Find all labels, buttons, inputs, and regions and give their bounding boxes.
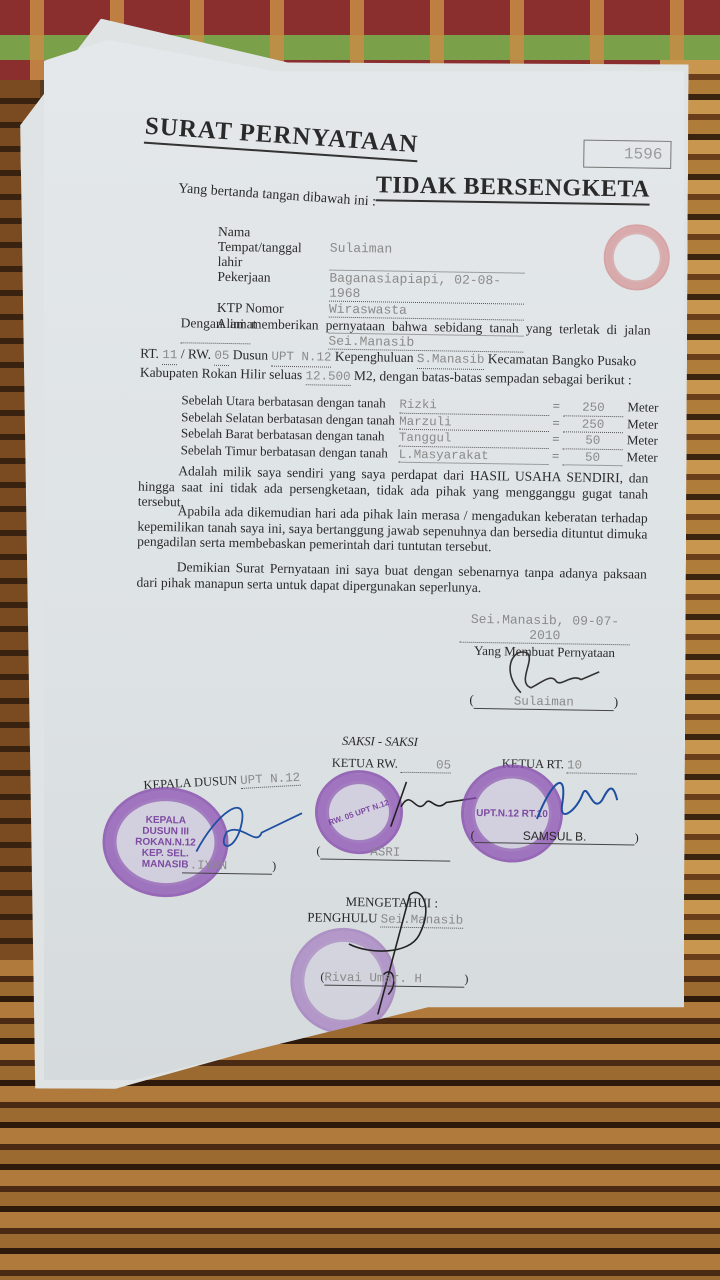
title-line-1: SURAT PERNYATAAN (144, 113, 419, 163)
signature-kepala-dusun (186, 791, 307, 863)
dusun-value: UPT N.12 (271, 350, 331, 367)
witness-name-line-1: ..IYAN) (182, 857, 276, 874)
witness-name: ..IYAN (182, 858, 272, 874)
rt-value: 11 (162, 348, 177, 365)
title-line-2: TIDAK BERSENGKETA (376, 172, 651, 205)
rw-value: 05 (214, 349, 229, 366)
boundary-unit: Meter (627, 400, 658, 415)
street-dots (180, 342, 250, 344)
boundary-length: 50 (563, 433, 623, 449)
paragraph-2: Apabila ada dikemudian hari ada pihak la… (137, 503, 648, 558)
kepenghuluan-value: S.Manasib (417, 352, 485, 370)
field-label: Nama (218, 224, 328, 241)
boundary-length: 50 (562, 450, 622, 466)
boundaries-table: Sebelah Utara berbatasan dengan tanah Ri… (181, 393, 659, 466)
boundary-unit: Meter (626, 450, 657, 465)
equals-sign: = (549, 399, 563, 414)
witnesses-heading: SAKSI - SAKSI (342, 734, 418, 750)
field-label: KTP Nomor (217, 300, 327, 318)
witness-name-line-2: (ASRI (316, 843, 450, 861)
witness-unit: 05 (401, 758, 451, 774)
declarant-name-line: (Sulaiman) (459, 692, 629, 712)
penghulu-name-line: (Rivai Umar. H) (320, 970, 468, 988)
kabupaten-text: Kabupaten Rokan Hilir seluas (140, 364, 303, 382)
intro-text: Yang bertanda tangan dibawah ini : (178, 181, 377, 210)
witness-role: KETUA RW. (332, 756, 398, 771)
statement-lead: Dengan ini memberikan pernyataan bahwa s… (181, 315, 651, 337)
witness-name-line-3: (SAMSUL B.) (471, 828, 639, 846)
paragraph-3: Demikian Surat Pernyataan ini saya buat … (136, 559, 646, 598)
boundary-label: Sebelah Barat berbatasan dengan tanah (181, 426, 399, 444)
boundary-length: 250 (563, 417, 623, 433)
signature-penghulu (338, 884, 450, 1026)
kecamatan-text: Kecamatan Bangko Pusako (488, 351, 637, 368)
boundary-name: Marzuli (399, 414, 549, 432)
faint-stamp (603, 224, 670, 291)
boundary-unit: Meter (627, 417, 658, 432)
equals-sign: = (549, 416, 563, 431)
field-label: Pekerjaan (217, 269, 327, 302)
witness-unit: UPT N.12 (240, 771, 301, 789)
boundary-label: Sebelah Utara berbatasan dengan tanah (181, 393, 399, 411)
field-row-birth: Tempat/tanggal lahir Sulaiman (218, 239, 525, 274)
witness-name: SAMSUL B. (475, 828, 635, 846)
field-label: Tempat/tanggal lahir (218, 239, 328, 271)
rw-label: / RW. (181, 346, 211, 361)
field-value-name: Sulaiman (330, 241, 525, 274)
penghulu-name: Rivai Umar. H (324, 971, 464, 988)
witness-name: ASRI (320, 845, 450, 862)
boundary-name: Rizki (399, 398, 549, 416)
title-text-1: SURAT PERNYATAAN (144, 113, 419, 159)
equals-sign: = (549, 449, 563, 464)
field-row-job: Pekerjaan Baganasiapiapi, 02-08-1968 (217, 269, 524, 305)
place-date: Sei.Manasib, 09-07-2010 (460, 612, 630, 646)
boundary-unit: Meter (627, 433, 658, 448)
equals-sign: = (549, 432, 563, 447)
boundary-label: Sebelah Timur berbatasan dengan tanah (181, 443, 399, 461)
registration-number-box: 1596 (583, 140, 671, 169)
dusun-label: Dusun (233, 347, 268, 363)
boundary-name: Tanggul (399, 431, 549, 449)
document-page: SURAT PERNYATAAN TIDAK BERSENGKETA 1596 … (44, 40, 684, 1080)
field-value-birth: Baganasiapiapi, 02-08-1968 (329, 271, 524, 305)
document-content: SURAT PERNYATAAN TIDAK BERSENGKETA 1596 … (102, 110, 662, 150)
area-suffix: M2, dengan batas-batas sempadan sebagai … (354, 367, 632, 386)
boundary-name: L.Masyarakat (398, 447, 548, 465)
declarant-signature-block: Sei.Manasib, 09-07-2010 Yang Membuat Per… (459, 612, 630, 662)
area-value: 12.500 (305, 369, 350, 386)
kepenghuluan-label: Kepenghuluan (335, 349, 414, 365)
boundary-length: 250 (563, 400, 623, 416)
declarant-name: Sulaiman (474, 694, 614, 711)
rt-label: RT. (140, 346, 159, 361)
statement-paragraph: Dengan ini memberikan pernyataan bahwa s… (140, 315, 651, 391)
